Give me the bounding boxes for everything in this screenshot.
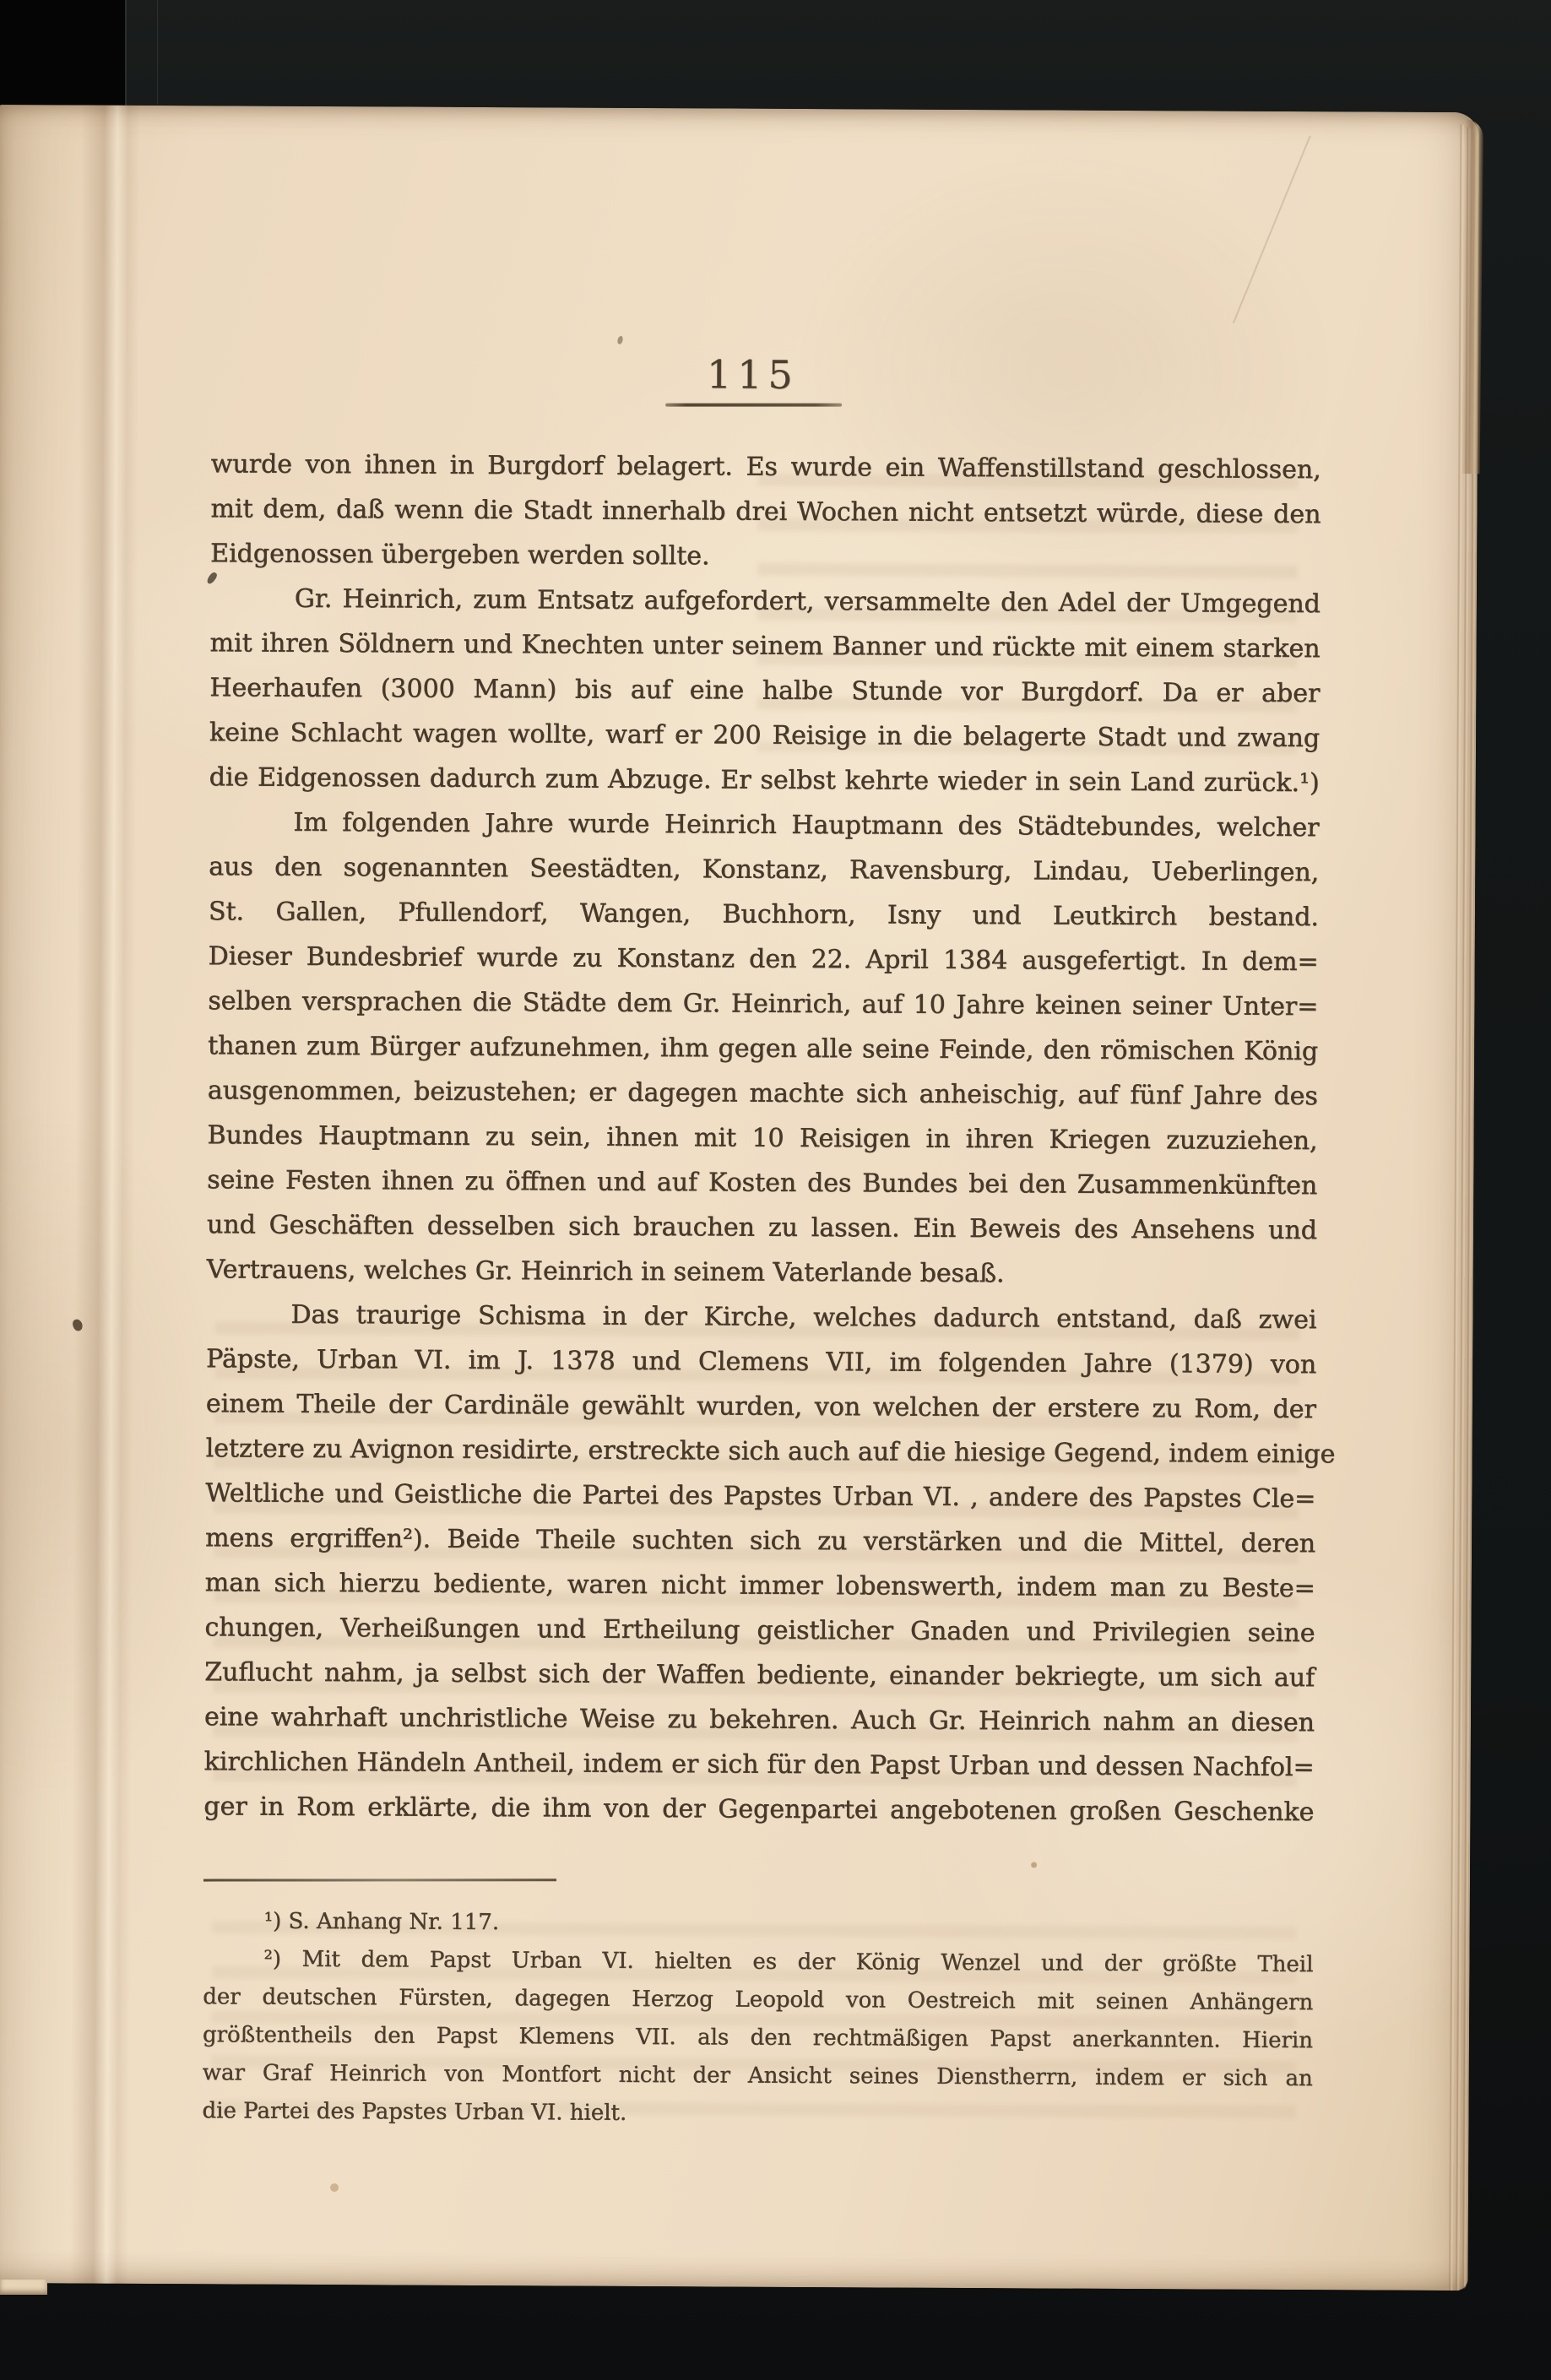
- ink-speck: [616, 335, 623, 344]
- gutter-shadow: [69, 106, 140, 2284]
- text-line: Päpste, Urban VI. im J. 1378 und Clemens…: [206, 1336, 1316, 1387]
- paper-freckle: [330, 2183, 339, 2192]
- text-line: Gr. Heinrich, zum Entsatz aufgefordert, …: [210, 576, 1321, 626]
- text-line: wurde von ihnen in Burgdorf belagert. Es…: [211, 442, 1321, 492]
- text-line: Zuflucht nahm, ja selbst sich der Waffen…: [204, 1650, 1315, 1700]
- text-line: seine Festen ihnen zu öffnen und auf Kos…: [207, 1157, 1317, 1208]
- text-line: chungen, Verheißungen und Ertheilung gei…: [204, 1605, 1315, 1656]
- ink-speck: [72, 1318, 84, 1332]
- text-line: keine Schlacht wagen wollte, warf er 200…: [209, 710, 1320, 761]
- footnote-line: war Graf Heinrich von Montfort nicht der…: [203, 2054, 1313, 2098]
- footnote-line: die Partei des Papstes Urban VI. hielt.: [202, 2092, 1312, 2136]
- text-line: aus den sogenannten Seestädten, Konstanz…: [209, 844, 1319, 895]
- corner-crease: [1233, 135, 1311, 323]
- text-line: Eidgenossen übergeben werden sollte.: [210, 531, 1321, 582]
- text-line: die Eidgenossen dadurch zum Abzuge. Er s…: [209, 755, 1320, 805]
- text-line: ausgenommen, beizustehen; er dagegen mac…: [208, 1068, 1318, 1119]
- footnote-line: ¹) S. Anhang Nr. 117.: [203, 1902, 1314, 1946]
- text-line: ger in Rom erklärte, die ihm von der Geg…: [203, 1784, 1314, 1835]
- scanner-bed-corner: [0, 0, 125, 106]
- text-line: Bundes Hauptmann zu sein, ihnen mit 10 R…: [207, 1113, 1317, 1163]
- scanner-bed-seam: [125, 0, 127, 106]
- scanned-book-photo: 115 wurde von ihnen in Burgdorf belagert…: [0, 0, 1551, 2380]
- footnotes: ¹) S. Anhang Nr. 117. ²) Mit dem Papst U…: [202, 1902, 1313, 2136]
- text-line: selben versprachen die Städte dem Gr. He…: [208, 979, 1318, 1029]
- text-line: Das traurige Schisma in der Kirche, welc…: [206, 1292, 1316, 1342]
- text-line: Heerhaufen (3000 Mann) bis auf eine halb…: [209, 665, 1320, 716]
- page-number-rule: [665, 404, 842, 407]
- text-line: eine wahrhaft unchristliche Weise zu bek…: [204, 1694, 1315, 1745]
- footnote-line: größtentheils den Papst Klemens VII. als…: [203, 2016, 1313, 2060]
- text-line: mit ihren Söldnern und Knechten unter se…: [210, 621, 1321, 671]
- text-line: mit dem, daß wenn die Stadt innerhalb dr…: [210, 486, 1321, 537]
- footnote-line: der deutschen Fürsten, dagegen Herzog Le…: [203, 1978, 1313, 2022]
- paper-freckle: [1031, 1862, 1037, 1868]
- book-page: 115 wurde von ihnen in Burgdorf belagert…: [0, 105, 1479, 2291]
- fore-edge-page-stack: [1445, 124, 1478, 2291]
- text-line: Dieser Bundesbrief wurde zu Konstanz den…: [209, 934, 1319, 984]
- text-line: thanen zum Bürger aufzunehmen, ihm gegen…: [208, 1023, 1318, 1074]
- text-line: St. Gallen, Pfullendorf, Wangen, Buchhor…: [209, 889, 1319, 940]
- text-line: mens ergriffen²). Beide Theile suchten s…: [205, 1515, 1315, 1566]
- text-line: und Geschäften desselben sich brauchen z…: [207, 1202, 1317, 1253]
- body-text: wurde von ihnen in Burgdorf belagert. Es…: [203, 442, 1321, 1835]
- footnote-line: ²) Mit dem Papst Urban VI. hielten es de…: [203, 1940, 1313, 1984]
- text-line: Im folgenden Jahre wurde Heinrich Hauptm…: [209, 800, 1319, 850]
- underlying-page-edge: [0, 2280, 47, 2295]
- text-line: Vertrauens, welches Gr. Heinrich in sein…: [207, 1247, 1317, 1298]
- text-line: einem Theile der Cardinäle gewählt wurde…: [206, 1381, 1316, 1432]
- text-line: Weltliche und Geistliche die Partei des …: [205, 1471, 1315, 1521]
- footnote-separator: [203, 1879, 556, 1881]
- text-line: kirchlichen Händeln Antheil, indem er si…: [204, 1739, 1315, 1790]
- page-number: 115: [668, 351, 837, 398]
- scanner-bed-scratch: [157, 0, 158, 105]
- fore-edge-top: [1462, 119, 1483, 474]
- text-line: letztere zu Avignon residirte, erstreckt…: [206, 1426, 1316, 1477]
- text-line: man sich hierzu bediente, waren nicht im…: [205, 1560, 1315, 1611]
